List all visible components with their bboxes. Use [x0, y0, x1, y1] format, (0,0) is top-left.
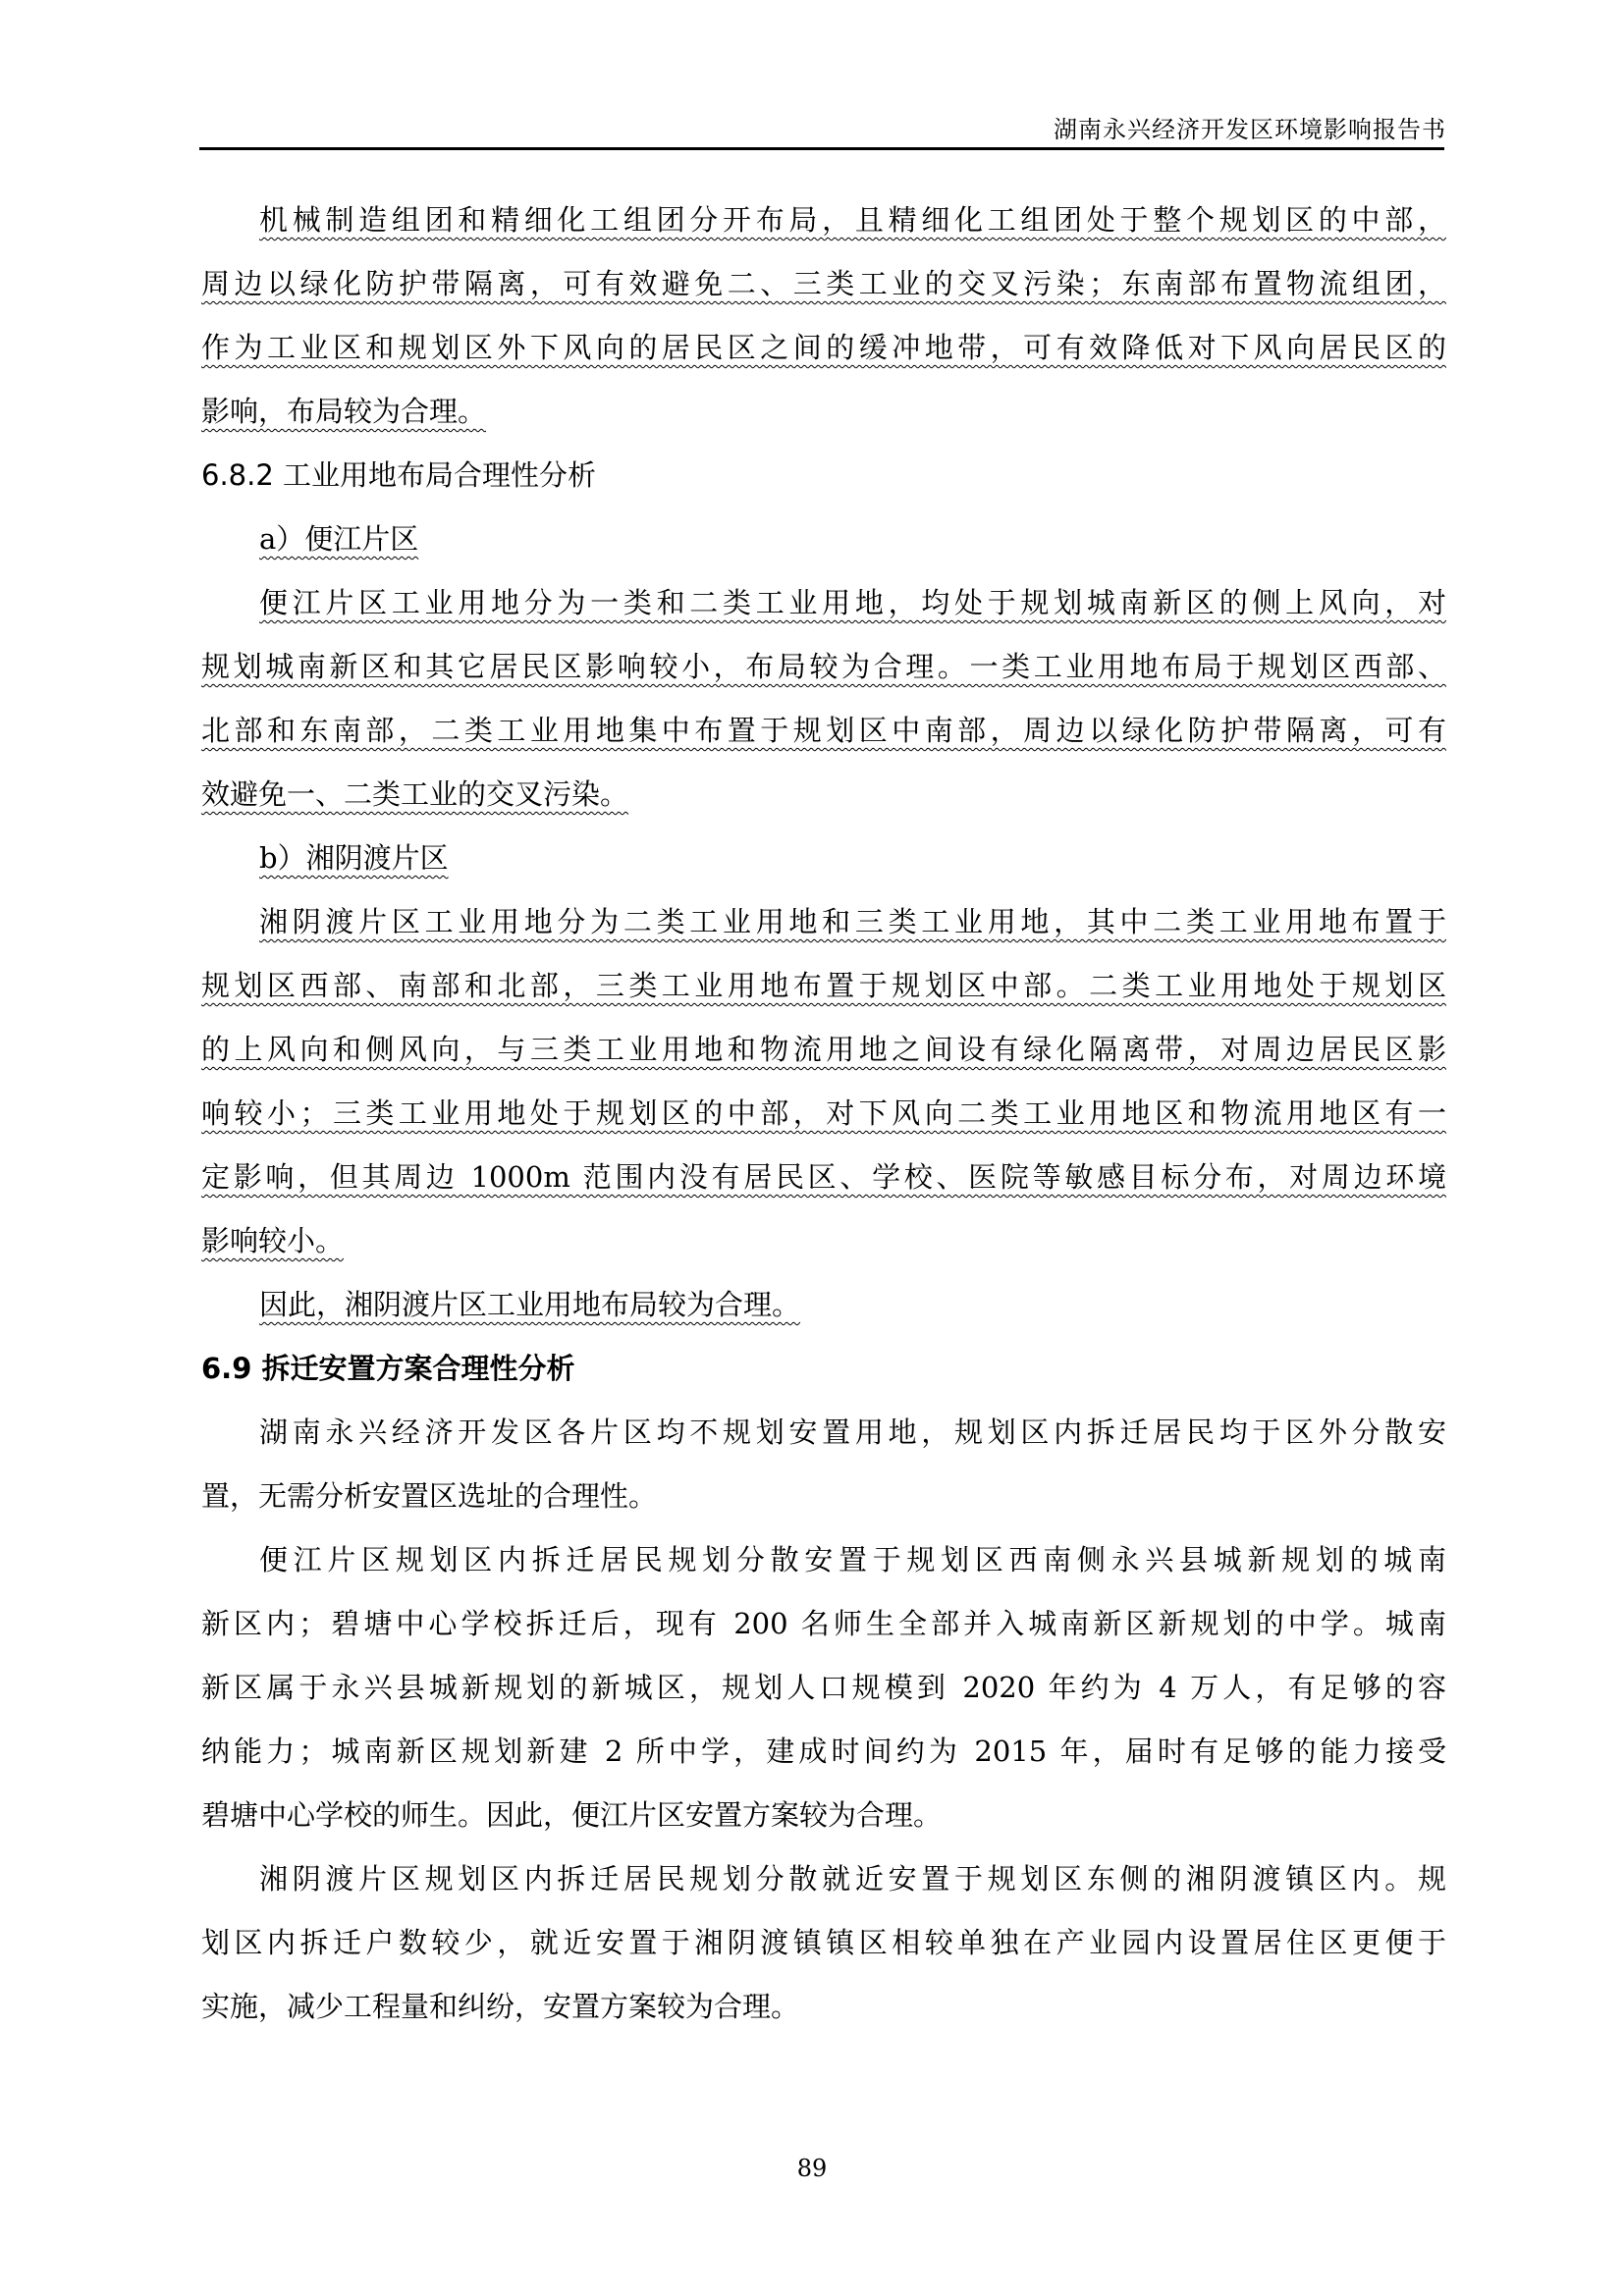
header-divider [199, 147, 1444, 150]
text-line: 新区属于永兴县城新规划的新城区，规划人口规模到 2020 年约为 4 万人，有足… [201, 1666, 1446, 1709]
line-text: 置，无需分析安置区选址的合理性。 [201, 1479, 657, 1513]
line-text: 湘阴渡片区工业用地分为二类工业用地和三类工业用地，其中二类工业用地布置于 [259, 900, 1446, 943]
page-number: 89 [0, 2155, 1624, 2182]
text-line: 作为工业区和规划区外下风向的居民区之间的缓冲地带，可有效降低对下风向居民区的 [201, 326, 1446, 369]
text-line: 响较小；三类工业用地处于规划区的中部，对下风向二类工业用地区和物流用地区有一 [201, 1092, 1446, 1135]
line-text: 作为工业区和规划区外下风向的居民区之间的缓冲地带，可有效降低对下风向居民区的 [201, 326, 1446, 369]
heading-text: 6.8.2 工业用地布局合理性分析 [201, 458, 596, 492]
text-line: 北部和东南部，二类工业用地集中布置于规划区中南部，周边以绿化防护带隔离，可有 [201, 709, 1446, 752]
text-line: 便江片区规划区内拆迁居民规划分散安置于规划区西南侧永兴县城新规划的城南 [259, 1538, 1446, 1581]
line-text: 响较小；三类工业用地处于规划区的中部，对下风向二类工业用地区和物流用地区有一 [201, 1092, 1446, 1135]
text-line: 湖南永兴经济开发区各片区均不规划安置用地，规划区内拆迁居民均于区外分散安 [259, 1411, 1446, 1454]
text-line: 定影响，但其周边 1000m 范围内没有居民区、学校、医院等敏感目标分布，对周边… [201, 1155, 1446, 1199]
line-text: 影响较小。 [201, 1224, 344, 1257]
line-text: 划区内拆迁户数较少，就近安置于湘阴渡镇镇区相较单独在产业园内设置居住区更便于 [201, 1921, 1446, 1964]
line-text: 北部和东南部，二类工业用地集中布置于规划区中南部，周边以绿化防护带隔离，可有 [201, 709, 1446, 752]
line-text: 规划区西部、南部和北部，三类工业用地布置于规划区中部。二类工业用地处于规划区 [201, 964, 1446, 1007]
text-line: b）湘阴渡片区 [259, 836, 1446, 880]
line-text: 的上风向和侧风向，与三类工业用地和物流用地之间设有绿化隔离带，对周边居民区影 [201, 1028, 1446, 1071]
line-text: 便江片区规划区内拆迁居民规划分散安置于规划区西南侧永兴县城新规划的城南 [259, 1538, 1446, 1581]
line-text: 周边以绿化防护带隔离，可有效避免二、三类工业的交叉污染；东南部布置物流组团， [201, 262, 1446, 305]
text-line: 新区内；碧塘中心学校拆迁后，现有 200 名师生全部并入城南新区新规划的中学。城… [201, 1602, 1446, 1645]
text-line: 因此，湘阴渡片区工业用地布局较为合理。 [259, 1283, 1446, 1326]
text-line: 机械制造组团和精细化工组团分开布局，且精细化工组团处于整个规划区的中部， [259, 198, 1446, 241]
line-text: 影响，布局较为合理。 [201, 395, 486, 428]
line-text: a）便江片区 [259, 522, 418, 556]
text-line: 置，无需分析安置区选址的合理性。 [201, 1474, 1446, 1518]
line-text: 纳能力；城南新区规划新建 2 所中学，建成时间约为 2015 年，届时有足够的能… [201, 1730, 1446, 1773]
line-text: 规划城南新区和其它居民区影响较小，布局较为合理。一类工业用地布局于规划区西部、 [201, 645, 1446, 688]
line-text: 定影响，但其周边 1000m 范围内没有居民区、学校、医院等敏感目标分布，对周边… [201, 1155, 1446, 1199]
text-line: 碧塘中心学校的师生。因此，便江片区安置方案较为合理。 [201, 1793, 1446, 1837]
text-line: 规划区西部、南部和北部，三类工业用地布置于规划区中部。二类工业用地处于规划区 [201, 964, 1446, 1007]
heading-text: 6.9 拆迁安置方案合理性分析 [201, 1352, 574, 1385]
text-line: 湘阴渡片区工业用地分为二类工业用地和三类工业用地，其中二类工业用地布置于 [259, 900, 1446, 943]
text-line: 影响较小。 [201, 1219, 1446, 1262]
section-heading: 6.8.2 工业用地布局合理性分析 [201, 454, 1446, 497]
text-line: 湘阴渡片区规划区内拆迁居民规划分散就近安置于规划区东侧的湘阴渡镇区内。规 [259, 1857, 1446, 1900]
text-line: 便江片区工业用地分为一类和二类工业用地，均处于规划城南新区的侧上风向，对 [259, 581, 1446, 624]
line-text: 因此，湘阴渡片区工业用地布局较为合理。 [259, 1288, 800, 1321]
text-line: 规划城南新区和其它居民区影响较小，布局较为合理。一类工业用地布局于规划区西部、 [201, 645, 1446, 688]
text-line: 的上风向和侧风向，与三类工业用地和物流用地之间设有绿化隔离带，对周边居民区影 [201, 1028, 1446, 1071]
text-line: 周边以绿化防护带隔离，可有效避免二、三类工业的交叉污染；东南部布置物流组团， [201, 262, 1446, 305]
line-text: 新区内；碧塘中心学校拆迁后，现有 200 名师生全部并入城南新区新规划的中学。城… [201, 1602, 1446, 1645]
text-line: a）便江片区 [259, 517, 1446, 561]
line-text: 碧塘中心学校的师生。因此，便江片区安置方案较为合理。 [201, 1798, 942, 1832]
line-text: 机械制造组团和精细化工组团分开布局，且精细化工组团处于整个规划区的中部， [259, 198, 1446, 241]
section-heading: 6.9 拆迁安置方案合理性分析 [201, 1347, 1446, 1390]
line-text: 湖南永兴经济开发区各片区均不规划安置用地，规划区内拆迁居民均于区外分散安 [259, 1411, 1446, 1454]
text-line: 划区内拆迁户数较少，就近安置于湘阴渡镇镇区相较单独在产业园内设置居住区更便于 [201, 1921, 1446, 1964]
text-line: 实施，减少工程量和纠纷，安置方案较为合理。 [201, 1985, 1446, 2028]
line-text: b）湘阴渡片区 [259, 841, 449, 875]
line-text: 湘阴渡片区规划区内拆迁居民规划分散就近安置于规划区东侧的湘阴渡镇区内。规 [259, 1857, 1446, 1900]
text-line: 影响，布局较为合理。 [201, 390, 1446, 433]
document-title: 湖南永兴经济开发区环境影响报告书 [1054, 110, 1446, 144]
text-line: 效避免一、二类工业的交叉污染。 [201, 773, 1446, 816]
line-text: 新区属于永兴县城新规划的新城区，规划人口规模到 2020 年约为 4 万人，有足… [201, 1666, 1446, 1709]
line-text: 便江片区工业用地分为一类和二类工业用地，均处于规划城南新区的侧上风向，对 [259, 581, 1446, 624]
line-text: 效避免一、二类工业的交叉污染。 [201, 777, 628, 811]
line-text: 实施，减少工程量和纠纷，安置方案较为合理。 [201, 1990, 799, 2023]
text-line: 纳能力；城南新区规划新建 2 所中学，建成时间约为 2015 年，届时有足够的能… [201, 1730, 1446, 1773]
